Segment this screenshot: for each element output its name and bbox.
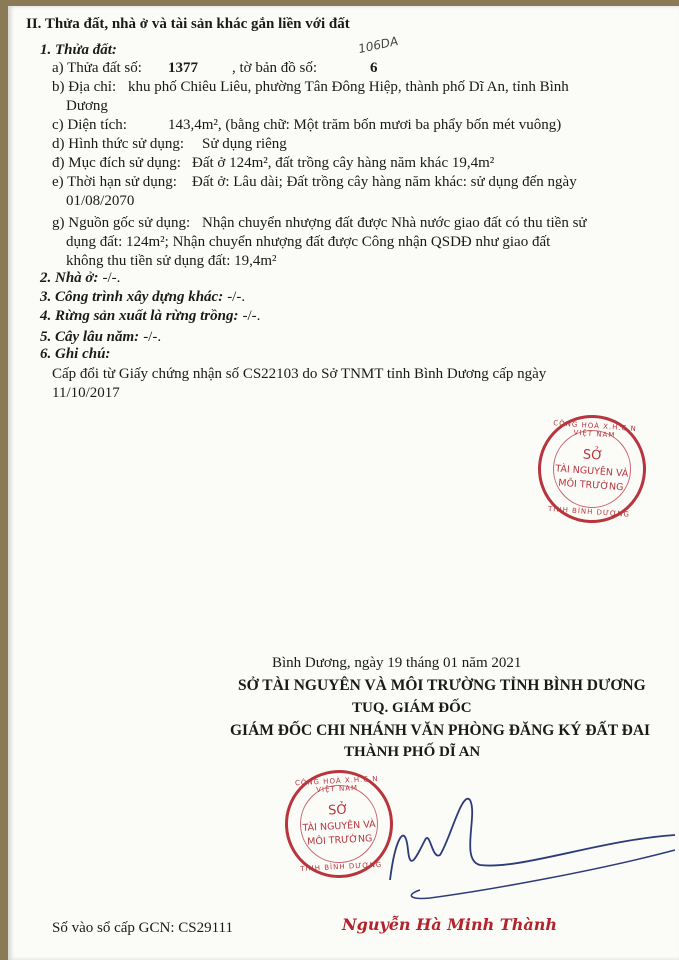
item-planted-forest-heading: 4. Rừng sản xuất là rừng trồng: [40, 308, 238, 324]
item-planted-forest: 4. Rừng sản xuất là rừng trồng: -/-. [40, 307, 260, 325]
item-perennial-trees-heading: 5. Cây lâu năm: [40, 329, 139, 345]
origin-label: g) Nguồn gốc sử dụng: [52, 215, 190, 232]
date-line: Bình Dương, ngày 19 tháng 01 năm 2021 [272, 655, 521, 672]
purpose-value: Đất ở 124m², đất trồng cây hàng năm khác… [192, 155, 494, 172]
notes-line-1: Cấp đổi từ Giấy chứng nhận số CS22103 do… [52, 366, 546, 383]
use-form-label: d) Hình thức sử dụng: [52, 136, 184, 153]
signer-title-line-2: THÀNH PHỐ DĨ AN [344, 744, 480, 761]
item-other-construction-value: -/-. [227, 289, 245, 305]
plot-number: 1377 [168, 60, 198, 77]
item-house-heading: 2. Nhà ở: [40, 270, 98, 286]
issuing-org: SỞ TÀI NGUYÊN VÀ MÔI TRƯỜNG TỈNH BÌNH DƯ… [238, 677, 646, 695]
item-house: 2. Nhà ở: -/-. [40, 269, 120, 287]
area-label: c) Diện tích: [52, 117, 127, 134]
item-other-construction: 3. Công trình xây dựng khác: -/-. [40, 288, 245, 306]
item-house-value: -/-. [102, 270, 120, 286]
address-line-2: Dương [66, 98, 108, 115]
item-perennial-trees-value: -/-. [143, 329, 161, 345]
registry-number: Số vào sổ cấp GCN: CS29111 [52, 920, 233, 937]
item-perennial-trees: 5. Cây lâu năm: -/-. [40, 328, 161, 346]
land-plot-heading: 1. Thửa đất: [40, 42, 117, 59]
origin-line-1: Nhận chuyển nhượng đất được Nhà nước gia… [202, 215, 587, 232]
tuq-title: TUQ. GIÁM ĐỐC [352, 700, 472, 717]
signature-scribble-icon [370, 780, 679, 910]
origin-line-2: dụng đất: 124m²; Nhận chuyển nhượng đất … [66, 234, 550, 251]
map-sheet-label: , tờ bản đồ số: [232, 60, 317, 77]
notes-heading: 6. Ghi chú: [40, 346, 110, 363]
origin-line-3: không thu tiền sử dụng đất: 19,4m² [66, 253, 277, 270]
signer-title-line-1: GIÁM ĐỐC CHI NHÁNH VĂN PHÒNG ĐĂNG KÝ ĐẤT… [230, 722, 650, 740]
address-line-1: khu phố Chiêu Liêu, phường Tân Đông Hiệp… [128, 79, 569, 96]
plot-number-label: a) Thửa đất số: [52, 60, 142, 77]
signer-name: Nguyễn Hà Minh Thành [342, 915, 557, 934]
use-form-value: Sử dụng riêng [202, 136, 287, 153]
item-planted-forest-value: -/-. [242, 308, 260, 324]
purpose-label: đ) Mục đích sử dụng: [52, 155, 181, 172]
address-label: b) Địa chỉ: [52, 79, 116, 96]
notes-line-2: 11/10/2017 [52, 385, 120, 402]
area-value: 143,4m², (bằng chữ: Một trăm bốn mươi ba… [168, 117, 561, 134]
section-title: II. Thửa đất, nhà ở và tài sản khác gắn … [26, 16, 350, 33]
term-label: e) Thời hạn sử dụng: [52, 174, 177, 191]
item-other-construction-heading: 3. Công trình xây dựng khác: [40, 289, 223, 305]
map-sheet-number: 6 [370, 60, 378, 77]
term-value-line-2: 01/08/2070 [66, 193, 134, 210]
term-value-line-1: Đất ở: Lâu dài; Đất trồng cây hàng năm k… [192, 174, 577, 191]
